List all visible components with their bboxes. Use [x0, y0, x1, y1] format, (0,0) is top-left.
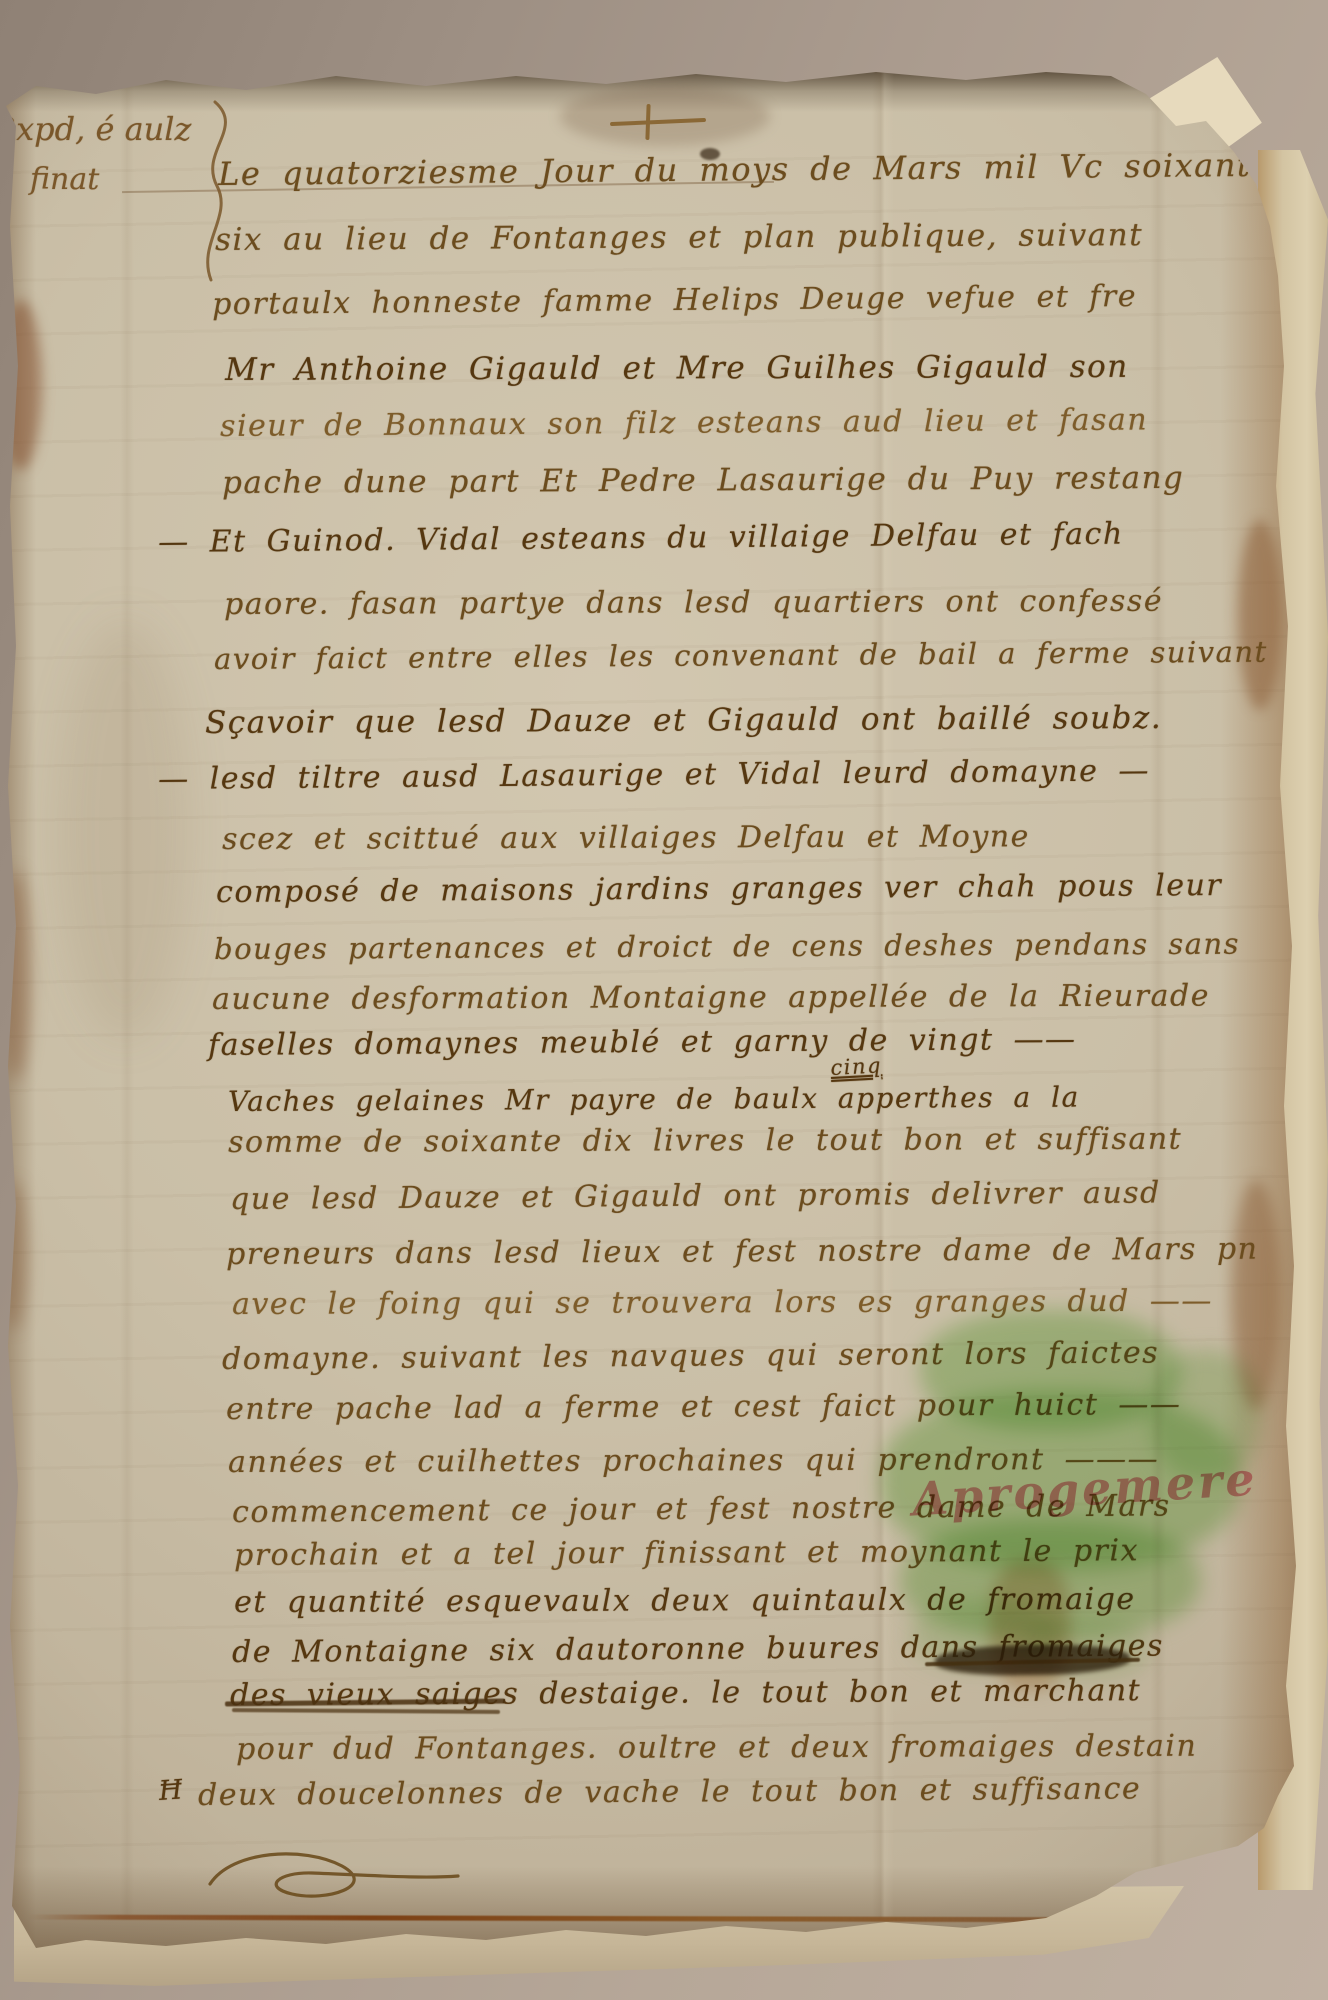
- manuscript-line: paore. fasan partye dans lesd quartiers …: [224, 587, 1163, 620]
- manuscript-line: bouges partenances et droict de cens des…: [214, 930, 1240, 964]
- inserted-word: cinq: [830, 1055, 882, 1079]
- manuscript-line: six au lieu de Fontanges et plan publiqu…: [215, 220, 1143, 256]
- manuscript-line: portaulx honneste famme Helips Deuge vef…: [212, 282, 1137, 320]
- manuscript-line: domayne. suivant les navques qui seront …: [222, 1338, 1159, 1375]
- manuscript-line: prochain et a tel jour finissant et moyn…: [234, 1536, 1139, 1571]
- manuscript-line: Vaches gelaines Mr payre de baulx appert…: [228, 1084, 1080, 1116]
- edge-stain: [0, 300, 42, 470]
- watermark-tan-patch: [990, 1560, 1070, 1690]
- smudge: [560, 86, 770, 146]
- manuscript-line: aucune desformation Montaigne appellée d…: [212, 982, 1210, 1015]
- ink-spot: [700, 148, 720, 160]
- manuscript-line: pour dud Fontanges. oultre et deux froma…: [236, 1732, 1197, 1765]
- photograph-of-manuscript: Rxpd, é aulz finat Le quatorziesme Jour …: [0, 0, 1328, 2000]
- left-edge-shadow: [6, 66, 36, 1966]
- manuscript-line: que lesd Dauze et Gigauld ont promis del…: [230, 1179, 1161, 1215]
- paraph-flourish: [196, 1842, 476, 1912]
- manuscript-line: — Et Guinod. Vidal esteans du villaige D…: [158, 520, 1124, 558]
- manuscript-line: avec le foing qui se trouvera lors es gr…: [232, 1287, 1213, 1320]
- manuscript-line: composé de maisons jardins granges ver c…: [216, 871, 1222, 908]
- manuscript-line: scez et scittué aux villaiges Delfau et …: [222, 822, 1030, 855]
- manuscript-line: entre pache lad a ferme et cest faict po…: [226, 1390, 1181, 1425]
- manuscript-line: somme de soixante dix livres le tout bon…: [228, 1125, 1182, 1158]
- vertical-crease: [120, 80, 134, 1920]
- edge-stain: [0, 1180, 28, 1330]
- manuscript-line: Mr Anthoine Gigauld et Mre Guilhes Gigau…: [225, 352, 1129, 386]
- correction-mark: Ħ: [158, 1776, 185, 1805]
- ink-strikethrough: [232, 1708, 500, 1714]
- manuscript-line: Le quatorziesme Jour du moys de Mars mil…: [218, 148, 1326, 190]
- rust-crease-line: [28, 1915, 1158, 1923]
- manuscript-line: deux doucelonnes de vache le tout bon et…: [198, 1774, 1141, 1811]
- manuscript-line: preneurs dans lesd lieux et fest nostre …: [226, 1235, 1259, 1270]
- margin-brace-flourish: [185, 98, 255, 288]
- margin-note-line1: Rxpd, é aulz: [0, 110, 191, 148]
- manuscript-line: pache dune part Et Pedre Lasaurige du Pu…: [222, 463, 1184, 499]
- manuscript-line: faselles domaynes meublé et garny de vin…: [208, 1025, 1077, 1061]
- manuscript-page: Rxpd, é aulz finat Le quatorziesme Jour …: [0, 0, 1328, 2000]
- margin-note-line2: finat: [30, 162, 99, 197]
- manuscript-line: sieur de Bonnaux son filz esteans aud li…: [220, 406, 1148, 442]
- edge-stain: [1238, 520, 1282, 710]
- manuscript-line: Sçavoir que lesd Dauze et Gigauld ont ba…: [205, 703, 1162, 739]
- manuscript-line: avoir faict entre elles les convenant de…: [214, 638, 1268, 674]
- edge-stain: [1232, 1180, 1280, 1410]
- water-stain: [60, 620, 190, 1040]
- manuscript-line: — lesd tiltre ausd Lasaurige et Vidal le…: [158, 756, 1150, 795]
- edge-stain: [0, 870, 32, 1080]
